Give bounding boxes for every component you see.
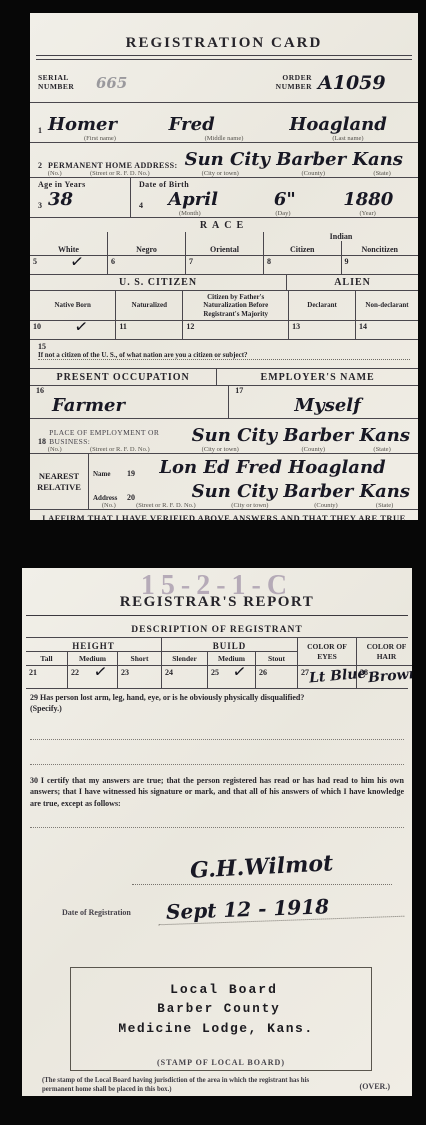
no-label-3: (No.) xyxy=(93,502,125,509)
build-medium-checkmark: ✓ xyxy=(223,664,255,680)
race-white-label: White xyxy=(30,232,107,255)
month-label: (Month) xyxy=(139,210,241,217)
race-white-number: 5 xyxy=(30,256,47,266)
nondeclarant-label: Non-declarant xyxy=(356,291,418,320)
alien-col-declarant: Declarant 13 xyxy=(289,291,356,339)
serial-order-row: SERIAL NUMBER 665 ORDER NUMBER A1059 xyxy=(30,64,418,103)
color-of-hair-title: COLOR OF HAIR xyxy=(357,638,412,665)
nearest-relative-fields: Name 19 Lon Ed Fred Hoagland Address 20 … xyxy=(89,454,418,509)
line-number-16: 16 xyxy=(36,386,44,395)
height-title: HEIGHT xyxy=(26,638,162,651)
race-indian-noncitizen-label: Noncitizen xyxy=(342,241,419,255)
employer-cell: 17 Myself xyxy=(229,386,418,418)
answer-line xyxy=(30,809,404,828)
race-white-checkmark: ✓ xyxy=(46,252,107,272)
race-col-white: White 5 ✓ xyxy=(30,232,108,274)
county-label: (County) xyxy=(272,170,354,177)
first-name-value: Homer xyxy=(48,114,169,135)
race-indian-sub: Citizen 8 Noncitizen 9 xyxy=(264,241,418,274)
question-29-specify: (Specify.) xyxy=(30,704,404,715)
declarant-label: Declarant xyxy=(289,291,355,320)
question-30: 30 I certify that my answers are true; t… xyxy=(22,765,412,810)
dob-sub-labels: (Month) (Day) (Year) xyxy=(139,210,410,217)
last-name-value: Hoagland xyxy=(289,114,410,135)
place-of-employment-row: 18 PLACE OF EMPLOYMENT OR BUSINESS: Sun … xyxy=(30,419,418,446)
nearest-relative-label: NEAREST RELATIVE xyxy=(30,454,89,509)
stout-number: 26 xyxy=(256,666,272,677)
place-of-employment-value: Sun City Barber Kans xyxy=(192,425,410,446)
stout-checkmark xyxy=(272,664,297,667)
answer-line xyxy=(30,715,404,740)
occupation-headers: PRESENT OCCUPATION EMPLOYER'S NAME xyxy=(30,369,418,386)
race-indian-label: Indian xyxy=(264,232,418,241)
nearest-relative-section: NEAREST RELATIVE Name 19 Lon Ed Fred Hoa… xyxy=(30,454,418,510)
description-table: HEIGHT BUILD COLOR OF EYES COLOR OF HAIR… xyxy=(26,638,408,689)
alien-col-nondeclarant: Non-declarant 14 xyxy=(356,291,418,339)
dob-month-value: April xyxy=(143,189,243,210)
race-indian-noncitizen-cell: 9 xyxy=(342,255,419,274)
citizen-col-naturalized: Naturalized 11 xyxy=(116,291,183,339)
naturalized-number: 11 xyxy=(116,321,133,331)
registrant-name-row: 1 Homer Fred Hoagland xyxy=(30,103,418,135)
tall-checkmark xyxy=(42,664,67,667)
state-label-3: (State) xyxy=(359,502,410,509)
occupation-cell: 16 Farmer xyxy=(30,386,229,418)
father-naturalization-label: Citizen by Father's Naturalization Befor… xyxy=(183,291,288,320)
citizen-col-native: Native Born 10 ✓ xyxy=(30,291,116,339)
race-negro-cell: 6 xyxy=(108,255,185,274)
dob-value-row: 4 April 6" 1880 xyxy=(139,189,410,210)
slender-number: 24 xyxy=(162,666,178,677)
dob-label: Date of Birth xyxy=(139,180,410,189)
year-label: (Year) xyxy=(325,210,410,217)
relative-address-label: Address xyxy=(93,494,127,502)
race-indian-noncitizen-number: 9 xyxy=(342,256,359,266)
occupation-values: 16 Farmer 17 Myself xyxy=(30,386,418,419)
age-label: Age in Years xyxy=(38,180,126,189)
race-negro-label: Negro xyxy=(108,232,185,255)
father-naturalization-number: 12 xyxy=(183,321,200,331)
naturalized-label: Naturalized xyxy=(116,291,182,320)
line-number-30: 30 xyxy=(30,776,38,785)
race-col-indian-citizen: Citizen 8 xyxy=(264,241,342,274)
registrars-report-card: 15-2-1-C REGISTRAR'S REPORT DESCRIPTION … xyxy=(22,568,412,1096)
build-medium-label: Medium xyxy=(208,651,256,665)
us-citizen-title: U. S. CITIZEN xyxy=(30,275,287,290)
first-name-label: (First name) xyxy=(38,135,162,142)
age-cell: Age in Years 3 38 xyxy=(30,178,131,217)
tall-number: 21 xyxy=(26,666,42,677)
home-address-sub-labels: (No.) (Street or R. F. D. No.) (City or … xyxy=(30,170,418,178)
short-checkmark xyxy=(134,664,161,668)
home-address-label: PERMANENT HOME ADDRESS: xyxy=(48,161,178,170)
race-oriental-cell: 7 xyxy=(186,255,263,274)
tall-label: Tall xyxy=(26,651,68,665)
street-label-2: (Street or R. F. D. No.) xyxy=(71,446,168,453)
stamp-line-county: Barber County xyxy=(67,1002,371,1016)
over-label-back: (OVER.) xyxy=(360,1082,404,1091)
age-value: 38 xyxy=(42,189,73,210)
stamp-line-city: Medicine Lodge, Kans. xyxy=(61,1021,371,1036)
alien-title: ALIEN xyxy=(287,275,418,290)
declarant-number: 13 xyxy=(289,321,306,331)
affirmation-text: I AFFIRM THAT I HAVE VERIFIED ABOVE ANSW… xyxy=(30,510,418,520)
line-number-1: 1 xyxy=(38,126,48,135)
race-oriental-number: 7 xyxy=(186,256,203,266)
employer-value: Myself xyxy=(243,395,412,416)
dob-day-value: 6" xyxy=(243,189,326,210)
age-dob-row: Age in Years 3 38 Date of Birth 4 April … xyxy=(30,178,418,218)
street-label: (Street or R. F. D. No.) xyxy=(71,170,168,177)
home-address-value: Sun City Barber Kans xyxy=(178,149,410,170)
race-section-title: RACE xyxy=(30,218,418,232)
no-label-2: (No.) xyxy=(38,446,71,453)
tall-cell: 21 xyxy=(26,665,68,688)
registration-card-title: REGISTRATION CARD xyxy=(30,35,418,52)
short-number: 23 xyxy=(118,666,134,677)
race-indian-group: Indian Citizen 8 Noncitizen 9 xyxy=(264,232,418,274)
day-label: (Day) xyxy=(241,210,326,217)
slender-checkmark xyxy=(178,664,207,668)
race-negro-number: 6 xyxy=(108,256,125,266)
city-label-3: (City or town) xyxy=(207,502,293,509)
citizen-col-father: Citizen by Father's Naturalization Befor… xyxy=(183,291,289,339)
question-29-text: Has person lost arm, leg, hand, eye, or … xyxy=(40,693,304,702)
name-sub-labels: (First name) (Middle name) (Last name) xyxy=(30,135,418,143)
question-29: 29 Has person lost arm, leg, hand, eye, … xyxy=(22,689,412,715)
race-table: White 5 ✓ Negro 6 Oriental 7 Indian xyxy=(30,232,418,275)
build-medium-cell: 25 ✓ xyxy=(208,665,256,688)
state-label-2: (State) xyxy=(354,446,410,453)
line-number-29: 29 xyxy=(30,693,38,702)
local-board-stamp-box: Local Board Barber County Medicine Lodge… xyxy=(70,967,372,1071)
slender-cell: 24 xyxy=(162,665,208,688)
stamp-line-local-board: Local Board xyxy=(77,982,371,997)
title-divider xyxy=(36,55,412,60)
race-indian-citizen-label: Citizen xyxy=(264,241,341,255)
city-label: (City or town) xyxy=(168,170,272,177)
line-number-20: 20 xyxy=(127,493,135,502)
employers-name-title: EMPLOYER'S NAME xyxy=(217,369,418,385)
line-number-17: 17 xyxy=(235,386,243,395)
last-name-label: (Last name) xyxy=(286,135,410,142)
serial-number-label: SERIAL NUMBER xyxy=(38,74,82,91)
present-occupation-title: PRESENT OCCUPATION xyxy=(30,369,217,385)
citizen-alien-header: U. S. CITIZEN ALIEN xyxy=(30,275,418,291)
occupation-value: Farmer xyxy=(44,395,125,416)
nondeclarant-number: 14 xyxy=(356,321,373,331)
declarant-cell: 13 xyxy=(289,320,355,339)
short-label: Short xyxy=(118,651,162,665)
race-col-oriental: Oriental 7 xyxy=(186,232,264,274)
short-cell: 23 xyxy=(118,665,162,688)
height-medium-checkmark: ✓ xyxy=(83,664,117,680)
dob-cell: Date of Birth 4 April 6" 1880 (Month) (D… xyxy=(131,178,418,217)
line-number-18: 18 xyxy=(38,437,49,446)
date-of-registration-value: Sept 12 - 1918 xyxy=(158,892,405,926)
line-number-19: 19 xyxy=(127,469,135,478)
native-born-number: 10 xyxy=(30,321,47,331)
fine-print-row: (The stamp of the Local Board having jur… xyxy=(22,1071,412,1095)
order-number-label: ORDER NUMBER xyxy=(268,74,312,91)
question-15: 15 If not a citizen of the U. S., of wha… xyxy=(30,340,418,369)
answer-line xyxy=(30,740,404,765)
relative-name-value: Lon Ed Fred Hoagland xyxy=(135,457,410,478)
stout-label: Stout xyxy=(256,651,298,665)
native-born-cell: 10 ✓ xyxy=(30,320,115,339)
date-of-registration-label: Date of Registration xyxy=(62,908,158,921)
age-value-row: 3 38 xyxy=(38,189,126,210)
slender-label: Slender xyxy=(162,651,208,665)
nondeclarant-cell: 14 xyxy=(356,320,418,339)
relative-address-row: Address 20 Sun City Barber Kans xyxy=(93,478,410,502)
relative-name-label: Name xyxy=(93,470,127,478)
description-of-registrant-title: DESCRIPTION OF REGISTRANT xyxy=(26,625,408,638)
dob-year-value: 1880 xyxy=(327,189,410,210)
serial-number-value: 665 xyxy=(82,74,216,92)
place-of-employment-label: PLACE OF EMPLOYMENT OR BUSINESS: xyxy=(49,428,192,446)
hair-color-value: Brown xyxy=(367,666,412,686)
native-born-label: Native Born xyxy=(30,291,115,320)
stout-cell: 26 xyxy=(256,665,298,688)
build-medium-number: 25 xyxy=(208,666,224,677)
date-of-registration-row: Date of Registration Sept 12 - 1918 xyxy=(22,885,412,921)
height-medium-label: Medium xyxy=(68,651,118,665)
registration-card: REGISTRATION CARD SERIAL NUMBER 665 ORDE… xyxy=(30,13,418,520)
eyes-cell: 27 Lt Blue xyxy=(298,665,357,688)
line-number-2: 2 xyxy=(38,161,48,170)
registrar-signature-block: G.H.Wilmot xyxy=(132,854,392,885)
home-address-row: 2 PERMANENT HOME ADDRESS: Sun City Barbe… xyxy=(30,143,418,170)
race-oriental-label: Oriental xyxy=(186,232,263,255)
race-indian-citizen-number: 8 xyxy=(264,256,281,266)
question-15-text: If not a citizen of the U. S., of what n… xyxy=(38,351,410,360)
relative-address-value: Sun City Barber Kans xyxy=(135,481,410,502)
order-number-value: A1059 xyxy=(312,72,410,94)
stamp-instructions-text: (The stamp of the Local Board having jur… xyxy=(42,1077,322,1095)
eyes-number: 27 xyxy=(298,666,309,677)
employment-sub-labels: (No.) (Street or R. F. D. No.) (City or … xyxy=(30,446,418,454)
relative-sub-labels: (No.) (Street or R. F. D. No.) (City or … xyxy=(93,502,410,509)
stamp-box-caption: (STAMP OF LOCAL BOARD) xyxy=(71,1058,371,1067)
no-label: (No.) xyxy=(38,170,71,177)
registrar-signature-value: G.H.Wilmot xyxy=(190,851,334,884)
color-of-eyes-title: COLOR OF EYES xyxy=(298,638,357,665)
naturalized-cell: 11 xyxy=(116,320,182,339)
height-medium-number: 22 xyxy=(68,666,84,677)
city-label-2: (City or town) xyxy=(168,446,272,453)
native-born-checkmark: ✓ xyxy=(46,316,115,337)
race-white-cell: 5 ✓ xyxy=(30,255,107,274)
state-label: (State) xyxy=(354,170,410,177)
citizen-table: Native Born 10 ✓ Naturalized 11 Citizen … xyxy=(30,291,418,340)
race-indian-citizen-cell: 8 xyxy=(264,255,341,274)
height-medium-cell: 22 ✓ xyxy=(68,665,118,688)
build-title: BUILD xyxy=(162,638,298,651)
race-col-indian-noncitizen: Noncitizen 9 xyxy=(342,241,419,274)
relative-name-row: Name 19 Lon Ed Fred Hoagland xyxy=(93,454,410,478)
line-number-15: 15 xyxy=(38,342,410,351)
county-label-3: (County) xyxy=(293,502,360,509)
race-col-negro: Negro 6 xyxy=(108,232,186,274)
question-30-text: I certify that my answers are true; that… xyxy=(30,776,404,808)
street-label-3: (Street or R. F. D. No.) xyxy=(125,502,207,509)
middle-name-value: Fred xyxy=(169,114,290,135)
registrars-report-title: REGISTRAR'S REPORT xyxy=(22,594,412,611)
title-rule xyxy=(26,615,408,616)
middle-name-label: (Middle name) xyxy=(162,135,286,142)
county-label-2: (County) xyxy=(272,446,354,453)
father-naturalization-cell: 12 xyxy=(183,320,288,339)
